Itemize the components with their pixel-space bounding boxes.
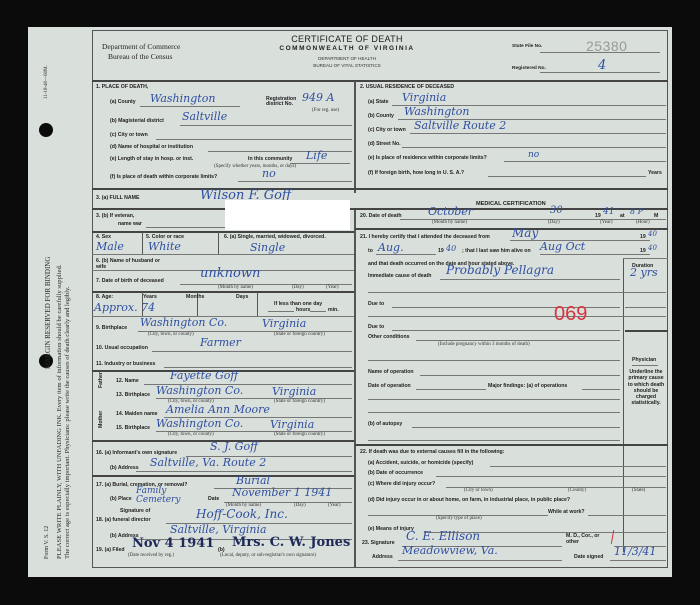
father-birth-city: Washington Co. [156, 384, 243, 397]
burial-date-value: November 1 1941 [232, 486, 332, 499]
instruction-line-1: PLEASE WRITE PLAINLY, WITH UNFADING INK.… [56, 265, 63, 559]
burial-place-value: Family Cemetery [136, 487, 186, 505]
header: Department of Commerce Bureau of the Cen… [92, 30, 668, 80]
last-saw-year: 40 [648, 244, 657, 252]
burial-day-note: (Day) [294, 503, 306, 508]
filed-note: (Date received by reg.) [128, 553, 174, 558]
res-corporate-value: no [528, 150, 539, 160]
occupation-value: Farmer [200, 336, 241, 349]
cause-code: 069 [554, 303, 587, 326]
mother-state-note: (State or foreign country) [274, 432, 325, 437]
date-of-death-year: 41 [603, 207, 614, 217]
where-city-note: (City or town) [464, 488, 493, 493]
age-value: Approx. 74 [94, 301, 155, 314]
at-label: at [620, 213, 625, 219]
birthplace-state-value: Virginia [262, 317, 306, 330]
operation-label: Name of operation [368, 369, 414, 375]
birthplace-label: 9. Birthplace [96, 325, 127, 331]
day-note: (Day) [548, 220, 560, 225]
place-of-death-heading: 1. PLACE OF DEATH, [96, 84, 148, 90]
major-findings-label: Major findings: (a) of operations [488, 383, 567, 389]
year-prefix: 19 [595, 213, 601, 219]
marital-label: 6. (a) Single, married, widowed, divorce… [224, 234, 326, 240]
reg-use-note: (For reg. use) [312, 108, 339, 113]
attended-from: May [512, 226, 538, 240]
age-months-header: Months [186, 294, 204, 300]
last-saw-label: ; that I last saw him alive on [462, 248, 531, 254]
physician-underline-note: Underline the primary cause to which dea… [627, 369, 665, 407]
informant-signature-value: S. J. Goff [210, 440, 258, 453]
dept-health: DEPARTMENT OF HEALTH [272, 56, 422, 61]
attended-from-year: 40 [648, 230, 657, 238]
other-conditions-label: Other conditions [368, 334, 410, 340]
dob-year-note: (Year) [326, 285, 339, 290]
birthplace-city-value: Washington Co. [140, 316, 227, 329]
res-city-value: Saltville Route 2 [414, 119, 506, 132]
magisterial-label: (b) Magisterial district [110, 118, 164, 124]
res-state-value: Virginia [402, 91, 446, 104]
burial-date-label: Date [208, 496, 219, 502]
registered-number: 4 [598, 58, 606, 73]
to-year-prefix: 19 [438, 248, 444, 254]
city-label: (c) City or town [110, 132, 148, 138]
physician-note-title: Physician [632, 357, 656, 363]
external-causes-heading: 22. If death was due to external causes … [360, 449, 504, 455]
filed-value: Nov 4 1941 [132, 536, 214, 551]
res-state-label: (a) State [368, 99, 388, 105]
while-at-work-label: While at work? [548, 509, 585, 515]
physician-address-label: Address [372, 554, 393, 560]
date-of-death-day: 30 [550, 205, 563, 216]
duration-value: 2 yrs [630, 266, 658, 279]
age-days-header: Days [236, 294, 248, 300]
where-county-note: (County) [568, 488, 586, 493]
dept-commerce: Department of Commerce [102, 42, 180, 51]
mother-birth-city: Washington Co. [156, 417, 243, 430]
residence-heading: 2. USUAL RESIDENCE OF DECEASED [360, 84, 454, 90]
last-year-prefix: 19 [640, 248, 646, 254]
date-signed-label: Date signed [574, 554, 603, 560]
year-note: (Year) [600, 220, 613, 225]
sex-value: Male [96, 240, 124, 253]
bureau-census: Bureau of the Census [108, 52, 172, 61]
birthplace-city-note: (City, town, or county) [148, 332, 194, 337]
father-name-value: Fayette Goff [170, 369, 238, 382]
community-value: Life [306, 149, 327, 162]
due-to-1-label: Due to [368, 301, 384, 307]
registrar-note: (Local, deputy, or sub-registrar's own s… [220, 553, 316, 558]
corporate-value: no [262, 167, 276, 180]
registrar-value: Mrs. C. W. Jones [232, 535, 350, 550]
due-to-2-label: Due to [368, 324, 384, 330]
bureau-vital: BUREAU OF VITAL STATISTICS [272, 63, 422, 68]
full-name-label: 3. (a) FULL NAME [96, 195, 139, 201]
informant-address-value: Saltville, Va. Route 2 [150, 456, 266, 469]
death-county-value: Washington [150, 92, 215, 105]
birthplace-state-note: (State or foreign country) [274, 332, 325, 337]
mother-birthplace-label: 15. Birthplace [116, 425, 150, 431]
immediate-cause-label: Immediate cause of death [368, 273, 431, 279]
month-note: (Month by name) [432, 220, 467, 225]
res-county-label: (b) County [368, 113, 394, 119]
dob-month-note: (Month by name) [218, 285, 253, 290]
age-years-header: Years [143, 294, 157, 300]
community-label: In this community [248, 156, 292, 162]
father-state-note: (State or foreign country) [274, 399, 325, 404]
hospital-label: (d) Name of hospital or institution [110, 144, 193, 150]
burial-place-label: (b) Place [110, 496, 132, 502]
stay-label: (e) Length of stay in hosp. or inst. [110, 156, 193, 162]
immediate-cause-value: Probably Pellagra [446, 263, 554, 277]
physician-signature-label: 23. Signature [362, 540, 395, 546]
corporate-label: (f) Is place of death within corporate l… [110, 174, 217, 180]
age-label: 8. Age: [96, 294, 113, 300]
to-label: to [368, 248, 373, 254]
mother-name-label: 14. Maiden name [116, 411, 158, 417]
accident-label: (a) Accident, suicide, or homicide (spec… [368, 460, 473, 466]
war-label: name war [118, 221, 142, 227]
funeral-director-label: 18. (a) funeral director [96, 517, 150, 523]
last-saw-value: Aug Oct [540, 240, 585, 253]
place-type-note: (Specify type of place) [436, 516, 482, 521]
dob-value: unknown [200, 266, 260, 281]
occurrence-label: (b) Date of occurrence [368, 470, 423, 476]
autopsy-label: (b) of autopsy [368, 421, 402, 427]
operation-date-label: Date of operation [368, 383, 411, 389]
mother-side-label: Mother [98, 411, 104, 428]
min-label: min. [328, 307, 339, 313]
reg-district-label: Registration district No. [266, 97, 306, 107]
mother-city-note: (City, town, or county) [168, 432, 214, 437]
state-file-number: 25380 [586, 38, 627, 54]
other-conditions-note: (Include pregnancy within 3 months of de… [438, 342, 530, 347]
father-birth-state: Virginia [272, 385, 316, 398]
form-number: Form V. S. 12 [44, 526, 50, 559]
physician-address-value: Meadowview, Va. [402, 544, 498, 557]
reg-district-value: 949 A [302, 91, 334, 104]
marital-value: Single [250, 241, 285, 254]
m-label: M [654, 213, 658, 219]
date-of-death-label: 20. Date of death [360, 213, 402, 219]
spouse-label: 6. (b) Name of husband or wife [96, 258, 166, 270]
county-label: (a) County [110, 99, 136, 105]
res-corporate-label: (e) Is place of residence within corpora… [368, 155, 487, 161]
director-signature-label: Signature of [120, 508, 150, 514]
attended-to: Aug. [378, 241, 404, 254]
physician-signature-value: C. E. Ellison [406, 529, 480, 543]
redaction-box [225, 200, 350, 230]
state-file-label: State File No. [512, 44, 542, 49]
date-of-death-hour: 8 P [630, 207, 643, 216]
informant-address-label: (b) Address [110, 465, 139, 471]
res-county-value: Washington [404, 105, 469, 118]
date-signed-value: 11/3/41 [614, 545, 656, 558]
funeral-director-value: Hoff-Cook, Inc. [196, 507, 288, 521]
page-title: CERTIFICATE OF DEATH [272, 34, 422, 44]
father-side-label: Father [98, 372, 104, 388]
father-name-label: 12. Name [116, 378, 139, 384]
industry-label: 11. Industry or business [96, 361, 155, 367]
mother-birth-state: Virginia [270, 418, 314, 431]
veteran-label: 3. (b) If veteran, [96, 213, 134, 219]
print-code: 11-18-40—60M. [44, 65, 49, 99]
date-of-death-month: October [428, 205, 473, 218]
dob-day-note: (Day) [292, 285, 304, 290]
occupation-label: 10. Usual occupation [96, 345, 148, 351]
medical-heading: MEDICAL CERTIFICATION [476, 201, 546, 207]
mother-name-value: Amelia Ann Moore [166, 403, 270, 416]
father-birthplace-label: 13. Birthplace [116, 392, 150, 398]
where-injury-label: (c) Where did injury occur? [368, 481, 435, 487]
filed-label: 19. (a) Filed [96, 547, 125, 553]
md-label: M. D., Cor., or other [566, 533, 610, 545]
where-state-note: (State) [632, 488, 645, 493]
burial-year-note: (Year) [328, 503, 341, 508]
res-city-label: (c) City or town [368, 127, 406, 133]
res-street-label: (d) Street No. [368, 141, 401, 147]
injury-place-label: (d) Did injury occur in or about home, o… [368, 497, 570, 503]
instruction-line-2: The correct age is especially important.… [64, 286, 71, 559]
binding-margin: Form V. S. 12 MARGIN RESERVED FOR BINDIN… [28, 27, 90, 577]
commonwealth: COMMONWEALTH OF VIRGINIA [242, 45, 452, 52]
specify-note: (Specify whether years, months, or days) [214, 164, 296, 169]
registered-label: Registered No. [512, 66, 546, 71]
years-label: Years [648, 170, 662, 176]
magisterial-value: Saltville [182, 110, 227, 123]
attended-to-year: 40 [446, 244, 456, 253]
certify-label: 21. I hereby certify that I attended the… [360, 234, 490, 240]
hour-note: (Hour) [636, 220, 650, 225]
foreign-label: (f) If foreign birth, how long in U. S. … [368, 170, 464, 176]
color-value: White [148, 240, 181, 253]
from-year-prefix: 19 [640, 234, 646, 240]
hours-label: hours [296, 307, 310, 313]
binding-note: MARGIN RESERVED FOR BINDING [44, 257, 52, 369]
dob-label: 7. Date of birth of deceased [96, 278, 164, 284]
